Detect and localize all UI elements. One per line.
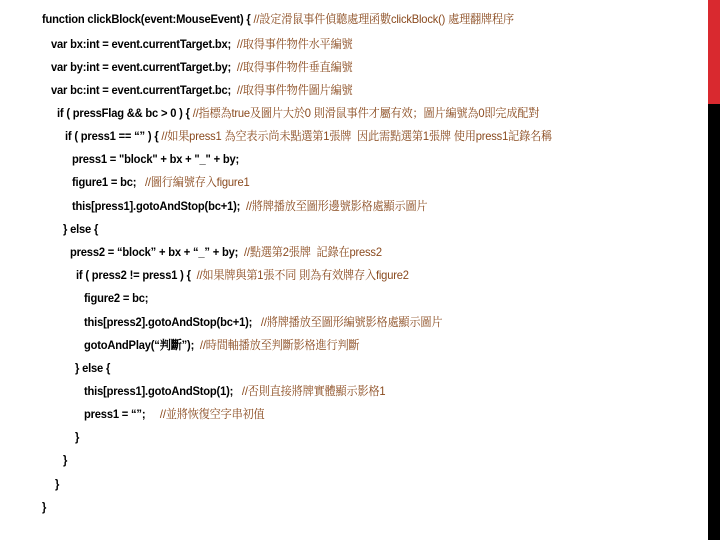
code-comment: //取得事件物件圖片編號	[237, 83, 353, 97]
code-comment: //否則直接將牌實體顯示影格1	[242, 384, 386, 398]
code-text: if ( press2 != press1 ) {	[76, 268, 197, 282]
code-line: } else {	[63, 221, 98, 237]
code-text: figure1 = bc;	[72, 175, 145, 189]
code-line: this[press1].gotoAndStop(1); //否則直接將牌實體顯…	[84, 383, 385, 399]
code-text: press1 = “”;	[84, 407, 160, 421]
code-text: this[press1].gotoAndStop(1);	[84, 384, 242, 398]
code-text: var bx:int = event.currentTarget.bx;	[51, 37, 237, 51]
code-line: var by:int = event.currentTarget.by; //取…	[51, 59, 352, 75]
code-text: var bc:int = event.currentTarget.bc;	[51, 83, 237, 97]
code-text: gotoAndPlay(“判斷”);	[84, 338, 200, 352]
code-listing: function clickBlock(event:MouseEvent) { …	[0, 0, 700, 540]
code-text: press2 = “block” + bx + “_” + by;	[70, 245, 244, 259]
code-line: function clickBlock(event:MouseEvent) { …	[42, 11, 514, 27]
code-line: this[press2].gotoAndStop(bc+1); //將牌播放至圖…	[84, 314, 442, 330]
code-line: } else {	[75, 360, 110, 376]
code-line: press2 = “block” + bx + “_” + by; //點選第2…	[70, 244, 382, 260]
code-text: } else {	[75, 361, 110, 375]
code-line: var bc:int = event.currentTarget.bc; //取…	[51, 82, 352, 98]
code-line: figure2 = bc;	[84, 290, 148, 306]
code-line: }	[75, 429, 79, 445]
code-text: if ( press1 == “” ) {	[65, 129, 161, 143]
accent-bar-red	[708, 0, 720, 104]
accent-side-bar	[708, 0, 720, 540]
code-text: this[press1].gotoAndStop(bc+1);	[72, 199, 246, 213]
code-text: }	[55, 477, 59, 491]
code-comment: //將牌播放至圖形邊號影格處顯示圖片	[246, 199, 427, 213]
code-comment: //如果press1 為空表示尚未點選第1張牌 因此需點選第1張牌 使用pres…	[161, 129, 552, 143]
code-text: var by:int = event.currentTarget.by;	[51, 60, 237, 74]
code-line: var bx:int = event.currentTarget.bx; //取…	[51, 36, 352, 52]
code-text: this[press2].gotoAndStop(bc+1);	[84, 315, 261, 329]
code-text: }	[75, 430, 79, 444]
code-text: if ( pressFlag && bc > 0 ) {	[57, 106, 193, 120]
code-text: press1 = "block" + bx + "_" + by;	[72, 152, 239, 166]
code-comment: //將牌播放至圖形編號影格處顯示圖片	[261, 315, 442, 329]
code-text: } else {	[63, 222, 98, 236]
code-line: press1 = “”; //並將恢復空字串初值	[84, 406, 265, 422]
code-comment: //取得事件物件垂直編號	[237, 60, 353, 74]
code-text: figure2 = bc;	[84, 291, 148, 305]
code-text: }	[63, 453, 67, 467]
code-comment: //點選第2張牌 記錄在press2	[244, 245, 382, 259]
code-comment: //設定滑鼠事件偵聽處理函數clickBlock() 處理翻牌程序	[253, 12, 513, 26]
code-comment: //如果牌與第1張不同 則為有效牌存入figure2	[197, 268, 409, 282]
code-line: if ( press1 == “” ) { //如果press1 為空表示尚未點…	[65, 128, 552, 144]
code-comment: //時間軸播放至判斷影格進行判斷	[200, 338, 359, 352]
code-line: press1 = "block" + bx + "_" + by;	[72, 151, 239, 167]
code-comment: //圖行編號存入figure1	[145, 175, 250, 189]
code-line: }	[42, 499, 46, 515]
code-line: gotoAndPlay(“判斷”); //時間軸播放至判斷影格進行判斷	[84, 337, 359, 353]
code-text: function clickBlock(event:MouseEvent) {	[42, 12, 253, 26]
accent-bar-black	[708, 104, 720, 540]
code-text: }	[42, 500, 46, 514]
code-line: }	[63, 452, 67, 468]
code-comment: //指標為true及圖片大於0 則滑鼠事件才屬有效；圖片編號為0即完成配對	[193, 106, 540, 120]
code-comment: //並將恢復空字串初值	[160, 407, 265, 421]
code-line: if ( pressFlag && bc > 0 ) { //指標為true及圖…	[57, 105, 539, 121]
code-line: }	[55, 476, 59, 492]
code-line: if ( press2 != press1 ) { //如果牌與第1張不同 則為…	[76, 267, 409, 283]
code-line: this[press1].gotoAndStop(bc+1); //將牌播放至圖…	[72, 198, 427, 214]
code-comment: //取得事件物件水平編號	[237, 37, 353, 51]
code-line: figure1 = bc; //圖行編號存入figure1	[72, 174, 250, 190]
